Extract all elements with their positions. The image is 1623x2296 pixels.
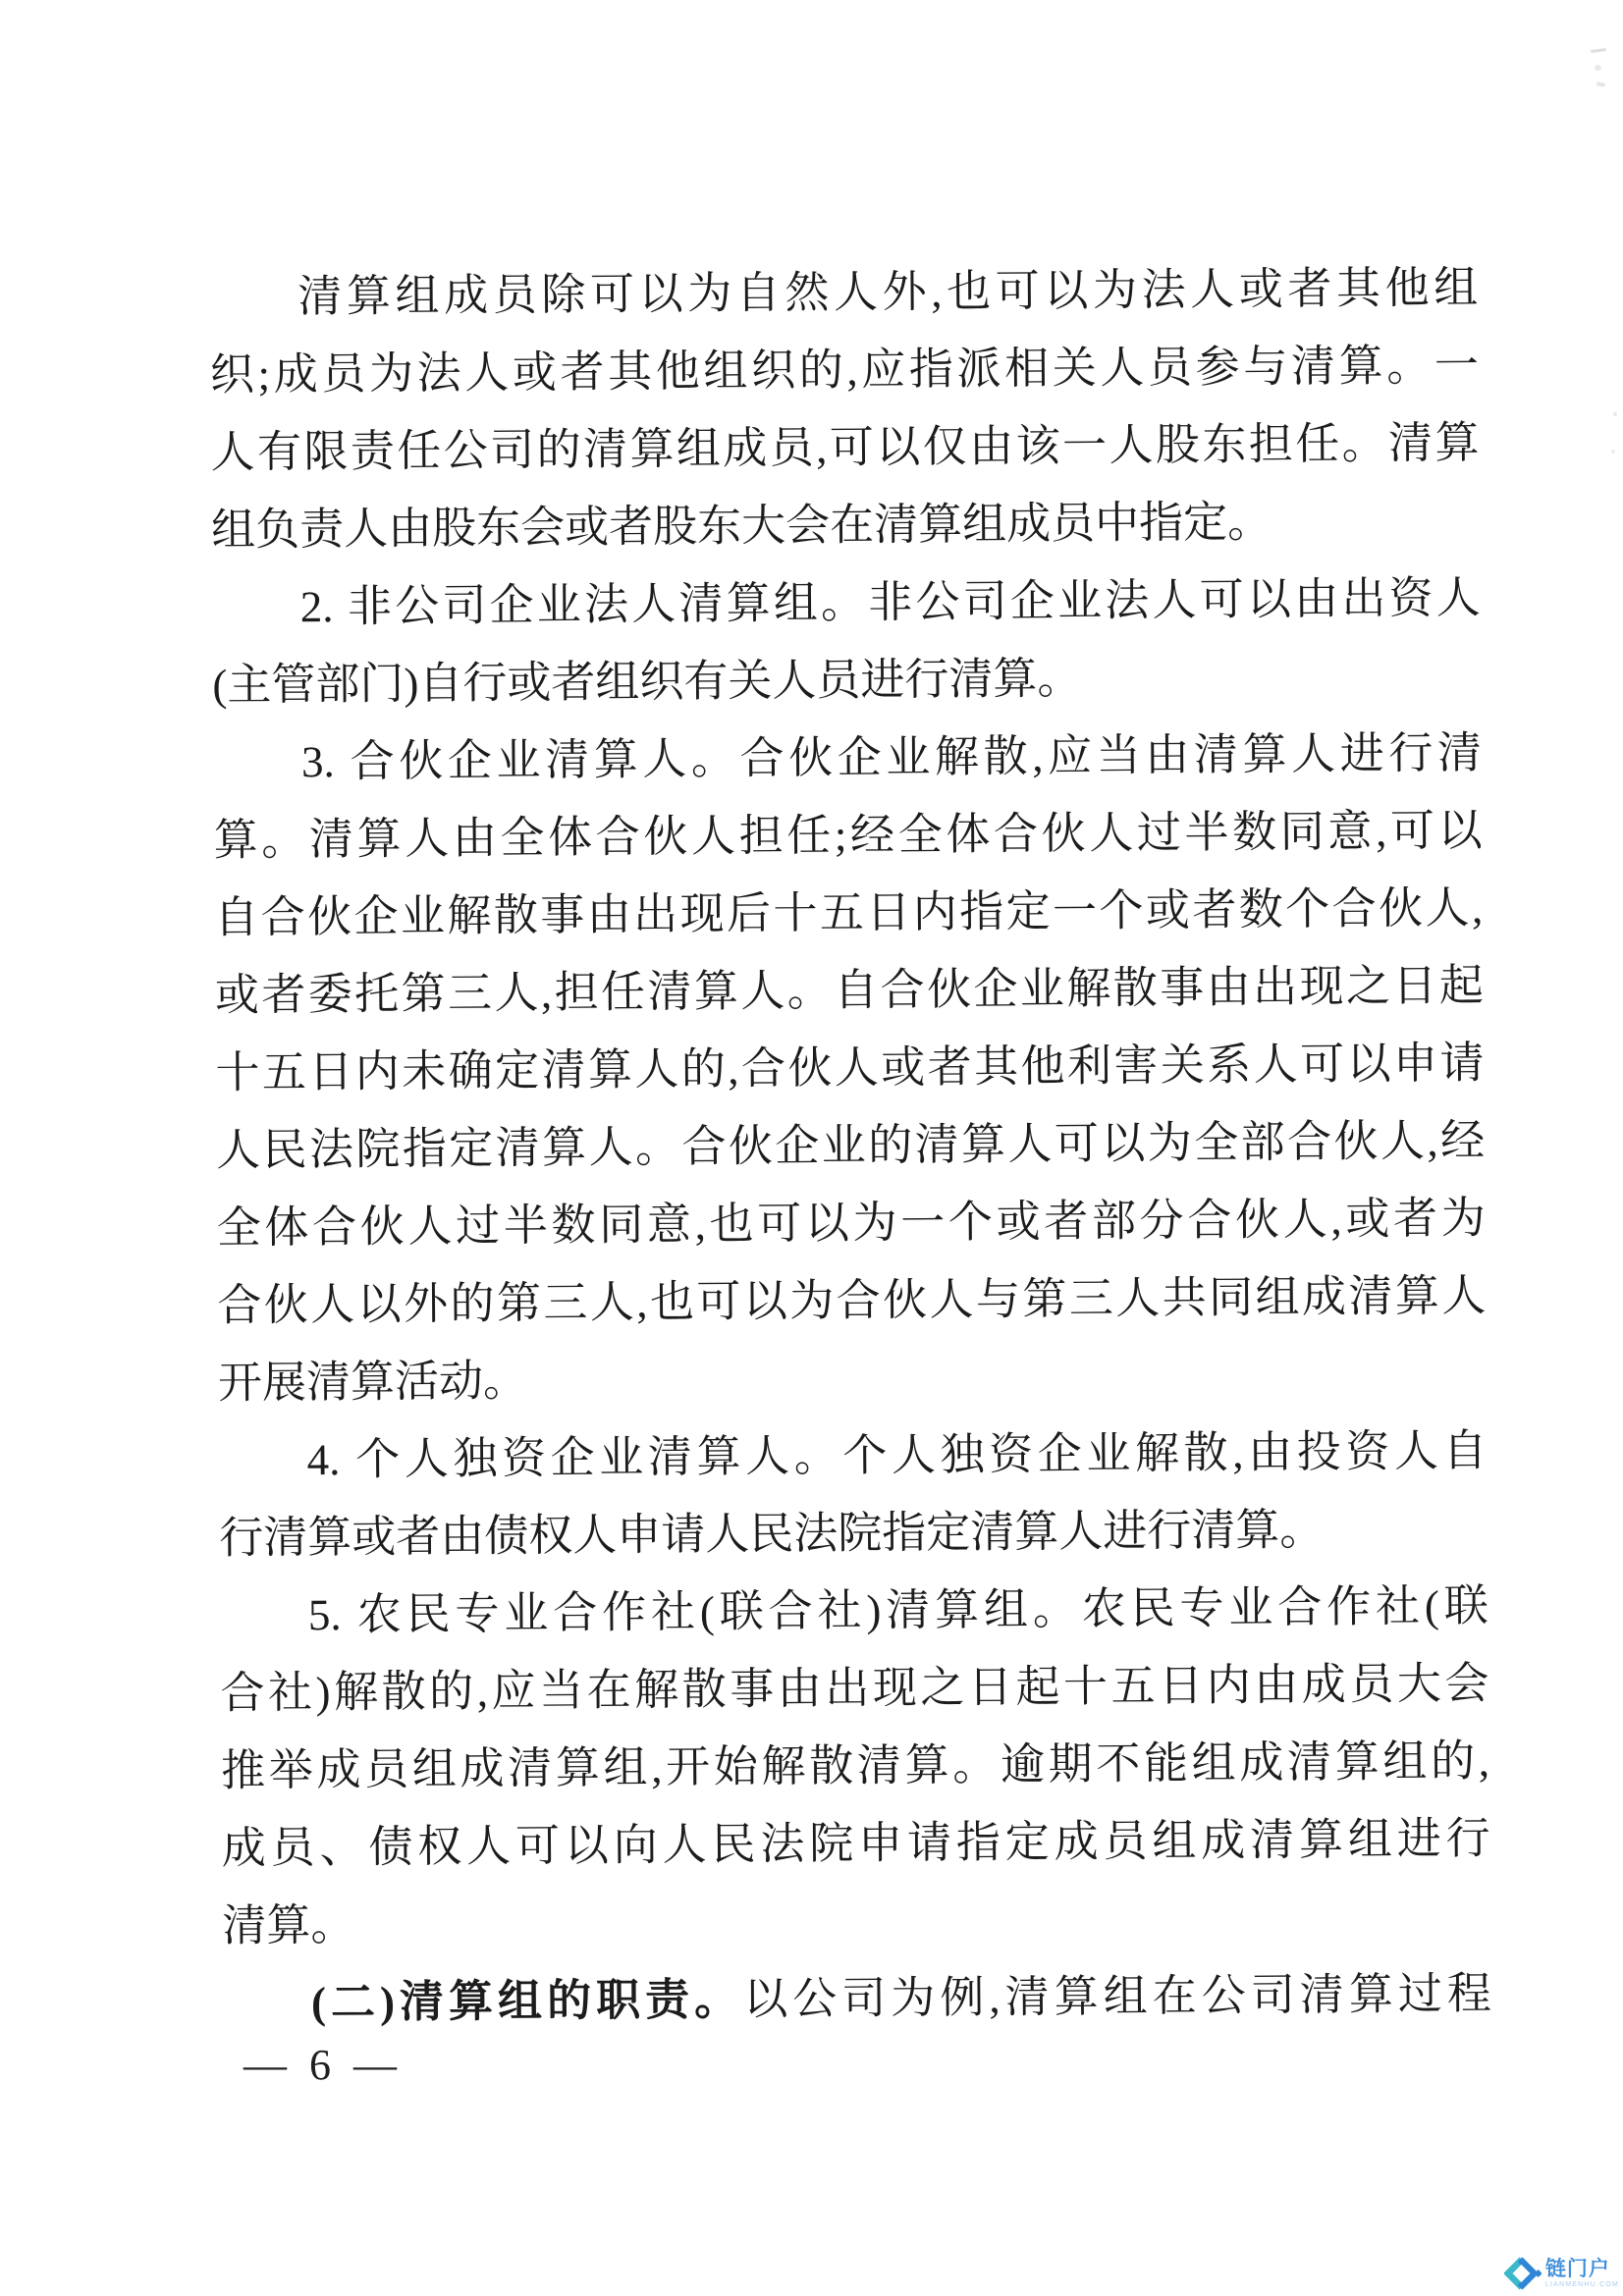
watermark-domain: LIANMENHU.COM: [1545, 2281, 1619, 2288]
line-text: 全体合伙人过半数同意,也可以为一个或者部分合伙人,或者为: [217, 1194, 1486, 1253]
line-text: 人有限责任公司的清算组成员,可以仅由该一人股东担任。清算: [210, 418, 1479, 477]
line-text: (主管部门)自行或者组织有关人员进行清算。: [212, 654, 1081, 710]
line-text: 推举成员组成清算组,开始解散清算。逾期不能组成清算组的,: [221, 1736, 1489, 1795]
text-line: 合伙人以外的第三人,也可以为合伙人与第三人共同组成清算人: [217, 1257, 1487, 1345]
text-line: 织;成员为法人或者其他组织的,应指派相关人员参与清算。一: [210, 327, 1480, 414]
line-text: 3. 合伙企业清算人。合伙企业解散,应当由清算人进行清: [301, 728, 1482, 786]
line-text: 行清算或者由债权人申请人民法院指定清算人进行清算。: [219, 1505, 1324, 1563]
scan-artifact: [1591, 48, 1606, 53]
text-line: 2. 非公司企业法人清算组。非公司企业法人可以由出资人: [211, 560, 1481, 647]
watermark-text: 链门户 LIANMENHU.COM: [1545, 2259, 1619, 2288]
text-line: 组负责人由股东会或者股东大会在清算组成员中指定。: [211, 482, 1481, 569]
text-block: 清算组成员除可以为自然人外,也可以为法人或者其他组织;成员为法人或者其他组织的,…: [209, 249, 1491, 2043]
text-line: 清算组成员除可以为自然人外,也可以为法人或者其他组: [209, 249, 1479, 337]
text-line: 算。清算人由全体合伙人担任;经全体合伙人过半数同意,可以: [213, 792, 1483, 880]
text-line: 人有限责任公司的清算组成员,可以仅由该一人股东担任。清算: [210, 404, 1480, 492]
line-text: 合伙人以外的第三人,也可以为合伙人与第三人共同组成清算人: [217, 1271, 1486, 1330]
scan-artifact: [1613, 412, 1617, 416]
line-text: 开展清算活动。: [218, 1356, 527, 1407]
watermark-brand: 链门户: [1545, 2259, 1619, 2279]
scan-artifact: [1596, 81, 1606, 87]
text-line: 3. 合伙企业清算人。合伙企业解散,应当由清算人进行清: [213, 715, 1483, 802]
text-line: 开展清算活动。: [218, 1335, 1488, 1422]
text-line: 成员、债权人可以向人民法院申请指定成员组成清算组进行: [221, 1800, 1490, 1888]
line-text: 织;成员为法人或者其他组织的,应指派相关人员参与清算。一: [210, 341, 1479, 400]
line-text: 以公司为例,清算组在公司清算过程: [743, 1969, 1491, 2024]
document-page: 清算组成员除可以为自然人外,也可以为法人或者其他组织;成员为法人或者其他组织的,…: [0, 0, 1623, 2296]
line-text: 自合伙企业解散事由出现后十五日内指定一个或者数个合伙人,: [214, 883, 1483, 942]
page-number: — 6 —: [243, 2040, 403, 2090]
text-line: 全体合伙人过半数同意,也可以为一个或者部分合伙人,或者为: [216, 1180, 1486, 1267]
text-line: 或者委托第三人,担任清算人。自合伙企业解散事由出现之日起: [215, 947, 1485, 1035]
scan-artifact: [1595, 65, 1601, 71]
line-text: 算。清算人由全体合伙人担任;经全体合伙人过半数同意,可以: [213, 806, 1482, 865]
text-line: 4. 个人独资企业清算人。个人独资企业解散,由投资人自: [218, 1413, 1488, 1500]
watermark: 链门户 LIANMENHU.COM: [1504, 2255, 1619, 2292]
line-text: 清算组成员除可以为自然人外,也可以为法人或者其他组: [298, 263, 1478, 321]
line-text: 组负责人由股东会或者股东大会在清算组成员中指定。: [211, 498, 1271, 555]
text-line: 人民法院指定清算人。合伙企业的清算人可以为全部合伙人,经: [216, 1102, 1486, 1190]
diamond-logo-icon: [1504, 2255, 1542, 2292]
heading-text: (二)清算组的职责。: [311, 1975, 744, 2027]
text-line: 清算。: [222, 1878, 1491, 1965]
text-line: 行清算或者由债权人申请人民法院指定清算人进行清算。: [219, 1490, 1488, 1577]
line-text: 人民法院指定清算人。合伙企业的清算人可以为全部合伙人,经: [216, 1116, 1485, 1175]
line-text: 合社)解散的,应当在解散事由出现之日起十五日内由成员大会: [220, 1659, 1488, 1718]
text-line: 十五日内未确定清算人的,合伙人或者其他利害关系人可以申请: [215, 1025, 1485, 1112]
scan-artifact: [1611, 450, 1615, 454]
line-text: 4. 个人独资企业清算人。个人独资企业解散,由投资人自: [306, 1426, 1487, 1484]
text-line: 自合伙企业解散事由出现后十五日内指定一个或者数个合伙人,: [214, 870, 1484, 957]
line-text: 成员、债权人可以向人民法院申请指定成员组成清算组进行: [222, 1814, 1490, 1873]
text-line: 5. 农民专业合作社(联合社)清算组。农民专业合作社(联: [220, 1568, 1489, 1655]
line-text: 清算。: [222, 1900, 354, 1950]
line-text: 2. 非公司企业法人清算组。非公司企业法人可以由出资人: [300, 573, 1481, 631]
text-line: (二)清算组的职责。以公司为例,清算组在公司清算过程: [223, 1955, 1492, 2043]
text-line: (主管部门)自行或者组织有关人员进行清算。: [212, 637, 1482, 724]
text-line: 推举成员组成清算组,开始解散清算。逾期不能组成清算组的,: [221, 1723, 1490, 1810]
text-line: 合社)解散的,应当在解散事由出现之日起十五日内由成员大会: [220, 1645, 1489, 1733]
line-text: 5. 农民专业合作社(联合社)清算组。农民专业合作社(联: [308, 1581, 1488, 1639]
line-text: 十五日内未确定清算人的,合伙人或者其他利害关系人可以申请: [215, 1039, 1484, 1097]
line-text: 或者委托第三人,担任清算人。自合伙企业解散事由出现之日起: [215, 961, 1484, 1020]
